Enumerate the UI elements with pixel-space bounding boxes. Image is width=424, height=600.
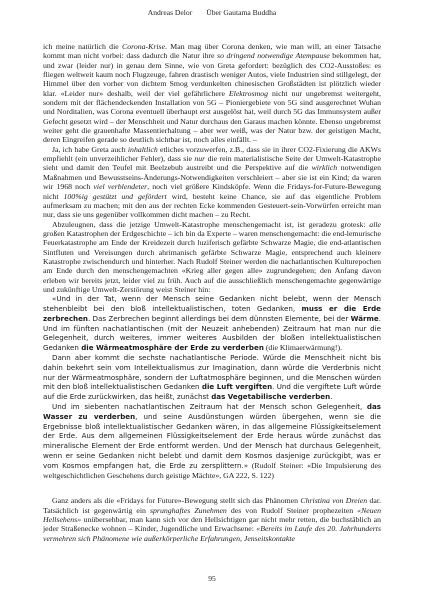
paragraph-katastrophen: Abzuleugnen, dass die jetzige Umwelt-Kat… [43, 220, 381, 295]
quote-paragraph-waerme: «Und in der Tat, wenn der Mensch seine G… [43, 294, 381, 353]
paragraph-christina-von-dreien: Ganz anders als die «Fridays for Future»… [43, 496, 381, 543]
text-block: ich meine natürlich die Corona-Krise. Ma… [43, 42, 381, 543]
header-title: Über Gautama Buddha [206, 8, 276, 17]
quote-paragraph-wasser: Und im siebenten nachatlantischen Zeitra… [43, 402, 381, 480]
quote-paragraph-luft: Dann aber kommt die sechste nachatlantis… [43, 353, 381, 402]
paragraph-corona-krise: ich meine natürlich die Corona-Krise. Ma… [43, 42, 381, 145]
header-author: Andreas Delor [148, 8, 193, 17]
paragraph-greta: Ja, ich habe Greta auch inhaltlich etlic… [43, 145, 381, 220]
running-header: Andreas DelorÜber Gautama Buddha [0, 8, 424, 18]
book-page: Andreas DelorÜber Gautama Buddha ich mei… [0, 0, 424, 600]
page-number: 95 [0, 574, 424, 583]
